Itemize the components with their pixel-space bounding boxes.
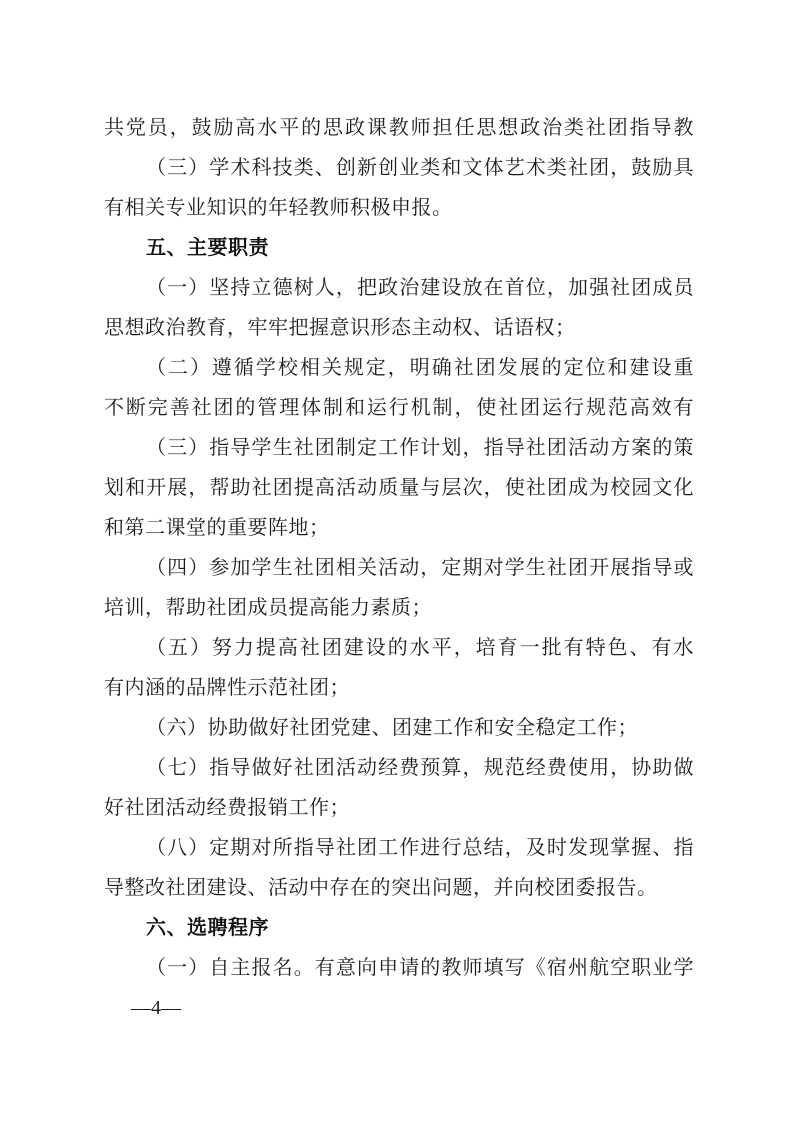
text-line: 划和开展，帮助社团提高活动质量与层次，使社团成为校园文化 bbox=[104, 468, 694, 508]
text-line: （一）自主报名。有意向申请的教师填写《宿州航空职业学 bbox=[104, 948, 694, 988]
text-line: （四）参加学生社团相关活动，定期对学生社团开展指导或 bbox=[104, 548, 694, 588]
section-heading: 五、主要职责 bbox=[104, 228, 694, 268]
text-line: 有相关专业知识的年轻教师积极申报。 bbox=[104, 188, 694, 228]
document-page: 共党员，鼓励高水平的思政课教师担任思想政治类社团指导教师。（三）学术科技类、创新… bbox=[0, 0, 794, 1122]
text-line: 不断完善社团的管理体制和运行机制，使社团运行规范高效有序； bbox=[104, 388, 694, 428]
text-line: 导整改社团建设、活动中存在的突出问题，并向校团委报告。 bbox=[104, 868, 694, 908]
text-line: 有内涵的品牌性示范社团； bbox=[104, 668, 694, 708]
text-line: 共党员，鼓励高水平的思政课教师担任思想政治类社团指导教师。 bbox=[104, 108, 694, 148]
text-line: （三）指导学生社团制定工作计划，指导社团活动方案的策 bbox=[104, 428, 694, 468]
document-body: 共党员，鼓励高水平的思政课教师担任思想政治类社团指导教师。（三）学术科技类、创新… bbox=[104, 108, 694, 988]
text-line: 思想政治教育，牢牢把握意识形态主动权、话语权； bbox=[104, 308, 694, 348]
section-heading: 六、选聘程序 bbox=[104, 908, 694, 948]
text-line: （七）指导做好社团活动经费预算，规范经费使用，协助做 bbox=[104, 748, 694, 788]
text-line: 培训，帮助社团成员提高能力素质； bbox=[104, 588, 694, 628]
text-line: （八）定期对所指导社团工作进行总结，及时发现掌握、指 bbox=[104, 828, 694, 868]
text-line: 好社团活动经费报销工作； bbox=[104, 788, 694, 828]
page-number: —4— bbox=[131, 988, 181, 1028]
text-line: （三）学术科技类、创新创业类和文体艺术类社团，鼓励具 bbox=[104, 148, 694, 188]
text-line: （六）协助做好社团党建、团建工作和安全稳定工作； bbox=[104, 708, 694, 748]
text-line: （二）遵循学校相关规定，明确社团发展的定位和建设重点， bbox=[104, 348, 694, 388]
text-line: （五）努力提高社团建设的水平，培育一批有特色、有水平、 bbox=[104, 628, 694, 668]
text-line: 和第二课堂的重要阵地； bbox=[104, 508, 694, 548]
text-line: （一）坚持立德树人，把政治建设放在首位，加强社团成员 bbox=[104, 268, 694, 308]
